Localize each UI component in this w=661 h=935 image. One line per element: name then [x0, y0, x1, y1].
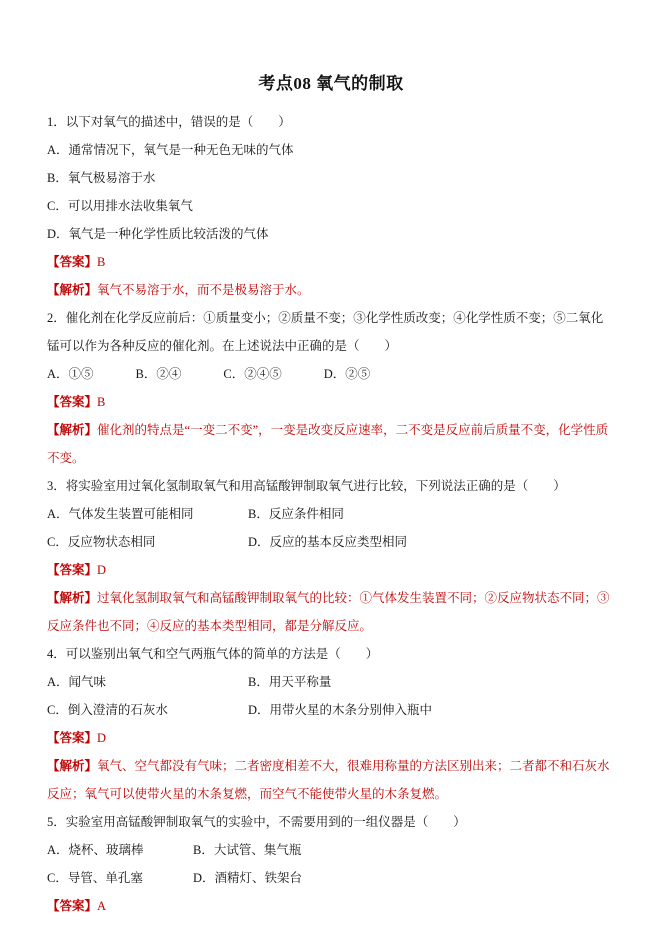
question-1-option-d: D．氧气是一种化学性质比较活泼的气体: [47, 220, 615, 248]
option-text: 氧气是一种化学性质比较活泼的气体: [69, 227, 269, 241]
question-3-options-row-1: A．气体发生装置可能相同 B．反应条件相同: [47, 500, 615, 528]
question-3-options-row-2: C．反应物状态相同 D．反应的基本反应类型相同: [47, 528, 615, 556]
question-4-analysis: 【解析】氧气、空气都没有气味；二者密度相差不大，很难用称量的方法区别出来；二者都…: [47, 752, 615, 808]
question-2-option-b: B．②④: [136, 360, 182, 388]
option-label: C．: [47, 535, 68, 549]
question-1-option-a: A．通常情况下，氧气是一种无色无味的气体: [47, 136, 615, 164]
question-2-options: A．①⑤B．②④C．②④⑤D．②⑤: [47, 360, 615, 388]
option-text: 烧杯、玻璃棒: [69, 843, 144, 857]
question-5-number: 5．: [47, 815, 66, 829]
option-label: D．: [193, 871, 215, 885]
option-label: C．: [47, 871, 68, 885]
question-1-analysis: 【解析】氧气不易溶于水，而不是极易溶于水。: [47, 276, 615, 304]
question-2: 2．催化剂在化学反应前后：①质量变小；②质量不变；③化学性质改变；④化学性质不变…: [47, 304, 615, 472]
analysis-label: 【解析】: [47, 759, 97, 773]
question-1-number: 1．: [47, 115, 66, 129]
analysis-label: 【解析】: [47, 591, 97, 605]
question-2-answer: 【答案】B: [47, 388, 615, 416]
option-label: B．: [248, 507, 269, 521]
answer-value: D: [97, 563, 106, 577]
question-1-stem-text: 以下对氧气的描述中，错误的是（ ）: [66, 115, 291, 129]
option-text: ②④⑤: [244, 367, 282, 381]
option-text: ②⑤: [345, 367, 370, 381]
question-2-option-a: A．①⑤: [47, 360, 94, 388]
answer-value: B: [97, 395, 105, 409]
question-4: 4．可以鉴别出氧气和空气两瓶气体的简单的方法是（ ） A．闻气味 B．用天平称量…: [47, 640, 615, 808]
page-title: 考点08 氧气的制取: [47, 70, 615, 98]
option-label: B．: [193, 843, 214, 857]
question-4-options-row-2: C．倒入澄清的石灰水 D．用带火星的木条分别伸入瓶中: [47, 696, 615, 724]
question-1: 1．以下对氧气的描述中，错误的是（ ） A．通常情况下，氧气是一种无色无味的气体…: [47, 108, 615, 304]
question-1-option-b: B．氧气极易溶于水: [47, 164, 615, 192]
question-1-answer: 【答案】B: [47, 248, 615, 276]
question-4-option-c: C．倒入澄清的石灰水: [47, 696, 248, 724]
question-5-option-b: B．大试管、集气瓶: [193, 836, 301, 864]
question-5-stem-text: 实验室用高锰酸钾制取氧气的实验中，不需要用到的一组仪器是（ ）: [66, 815, 466, 829]
option-text: 用天平称量: [269, 675, 332, 689]
option-label: D．: [248, 703, 270, 717]
question-5-stem: 5．实验室用高锰酸钾制取氧气的实验中，不需要用到的一组仪器是（ ）: [47, 808, 615, 836]
question-5-option-a: A．烧杯、玻璃棒: [47, 836, 193, 864]
option-label: B．: [136, 367, 157, 381]
question-4-option-a: A．闻气味: [47, 668, 248, 696]
answer-label: 【答案】: [47, 899, 97, 913]
question-3-answer: 【答案】D: [47, 556, 615, 584]
analysis-text: 催化剂的特点是“一变二不变”，一变是改变反应速率，二不变是反应前后质量不变，化学…: [47, 423, 608, 465]
question-2-stem-text: 催化剂在化学反应前后：①质量变小；②质量不变；③化学性质改变；④化学性质不变；⑤…: [47, 311, 603, 353]
answer-label: 【答案】: [47, 731, 97, 745]
option-text: 倒入澄清的石灰水: [68, 703, 168, 717]
option-text: 通常情况下，氧气是一种无色无味的气体: [69, 143, 294, 157]
option-label: A．: [47, 143, 69, 157]
question-5-options-row-2: C．导管、单孔塞 D．酒精灯、铁架台: [47, 864, 615, 892]
option-label: A．: [47, 675, 69, 689]
option-label: D．: [248, 535, 270, 549]
question-5-options-row-1: A．烧杯、玻璃棒 B．大试管、集气瓶: [47, 836, 615, 864]
question-3-option-c: C．反应物状态相同: [47, 528, 248, 556]
question-5-option-c: C．导管、单孔塞: [47, 864, 193, 892]
question-3-option-a: A．气体发生装置可能相同: [47, 500, 248, 528]
option-label: C．: [223, 367, 244, 381]
answer-label: 【答案】: [47, 255, 97, 269]
document-page: 考点08 氧气的制取 1．以下对氧气的描述中，错误的是（ ） A．通常情况下，氧…: [0, 0, 661, 935]
question-4-stem: 4．可以鉴别出氧气和空气两瓶气体的简单的方法是（ ）: [47, 640, 615, 668]
question-2-option-c: C．②④⑤: [223, 360, 281, 388]
answer-label: 【答案】: [47, 563, 97, 577]
question-4-number: 4．: [47, 647, 66, 661]
question-3-stem-text: 将实验室用过氧化氢制取氧气和用高锰酸钾制取氧气进行比较，下列说法正确的是（ ）: [66, 479, 566, 493]
answer-label: 【答案】: [47, 395, 97, 409]
option-label: A．: [47, 843, 69, 857]
option-label: A．: [47, 367, 69, 381]
question-3-option-d: D．反应的基本反应类型相同: [248, 528, 407, 556]
question-4-stem-text: 可以鉴别出氧气和空气两瓶气体的简单的方法是（ ）: [66, 647, 379, 661]
option-text: 大试管、集气瓶: [214, 843, 302, 857]
analysis-text: 过氧化氢制取氧气和高锰酸钾制取氧气的比较：①气体发生装置不同；②反应物状态不同；…: [47, 591, 610, 633]
analysis-label: 【解析】: [47, 283, 97, 297]
question-1-option-c: C．可以用排水法收集氧气: [47, 192, 615, 220]
analysis-label: 【解析】: [47, 423, 97, 437]
question-4-option-b: B．用天平称量: [248, 668, 331, 696]
question-1-stem: 1．以下对氧气的描述中，错误的是（ ）: [47, 108, 615, 136]
question-2-option-d: D．②⑤: [324, 360, 371, 388]
option-label: C．: [47, 703, 68, 717]
answer-value: D: [97, 731, 106, 745]
option-text: 导管、单孔塞: [68, 871, 143, 885]
option-text: 气体发生装置可能相同: [69, 507, 194, 521]
option-label: D．: [324, 367, 346, 381]
option-text: 闻气味: [69, 675, 107, 689]
question-5-answer: 【答案】A: [47, 892, 615, 920]
answer-value: A: [97, 899, 106, 913]
question-3-option-b: B．反应条件相同: [248, 500, 344, 528]
option-label: D．: [47, 227, 69, 241]
option-label: B．: [47, 171, 68, 185]
question-2-analysis: 【解析】催化剂的特点是“一变二不变”，一变是改变反应速率，二不变是反应前后质量不…: [47, 416, 615, 472]
option-text: 用带火星的木条分别伸入瓶中: [270, 703, 433, 717]
option-text: 氧气极易溶于水: [68, 171, 156, 185]
option-text: 反应物状态相同: [68, 535, 156, 549]
option-text: 可以用排水法收集氧气: [68, 199, 193, 213]
option-text: ①⑤: [69, 367, 94, 381]
question-4-options-row-1: A．闻气味 B．用天平称量: [47, 668, 615, 696]
option-label: A．: [47, 507, 69, 521]
question-5: 5．实验室用高锰酸钾制取氧气的实验中，不需要用到的一组仪器是（ ） A．烧杯、玻…: [47, 808, 615, 920]
question-2-stem: 2．催化剂在化学反应前后：①质量变小；②质量不变；③化学性质改变；④化学性质不变…: [47, 304, 615, 360]
question-3-number: 3．: [47, 479, 66, 493]
analysis-text: 氧气、空气都没有气味；二者密度相差不大，很难用称量的方法区别出来；二者都不和石灰…: [47, 759, 610, 801]
option-text: 反应条件相同: [269, 507, 344, 521]
option-text: 酒精灯、铁架台: [215, 871, 303, 885]
option-label: B．: [248, 675, 269, 689]
question-3-analysis: 【解析】过氧化氢制取氧气和高锰酸钾制取氧气的比较：①气体发生装置不同；②反应物状…: [47, 584, 615, 640]
option-text: 反应的基本反应类型相同: [270, 535, 408, 549]
option-text: ②④: [156, 367, 181, 381]
question-2-number: 2．: [47, 311, 66, 325]
question-4-answer: 【答案】D: [47, 724, 615, 752]
answer-value: B: [97, 255, 105, 269]
analysis-text: 氧气不易溶于水，而不是极易溶于水。: [97, 283, 310, 297]
option-label: C．: [47, 199, 68, 213]
question-4-option-d: D．用带火星的木条分别伸入瓶中: [248, 696, 432, 724]
question-3-stem: 3．将实验室用过氧化氢制取氧气和用高锰酸钾制取氧气进行比较，下列说法正确的是（ …: [47, 472, 615, 500]
question-5-option-d: D．酒精灯、铁架台: [193, 864, 302, 892]
question-3: 3．将实验室用过氧化氢制取氧气和用高锰酸钾制取氧气进行比较，下列说法正确的是（ …: [47, 472, 615, 640]
